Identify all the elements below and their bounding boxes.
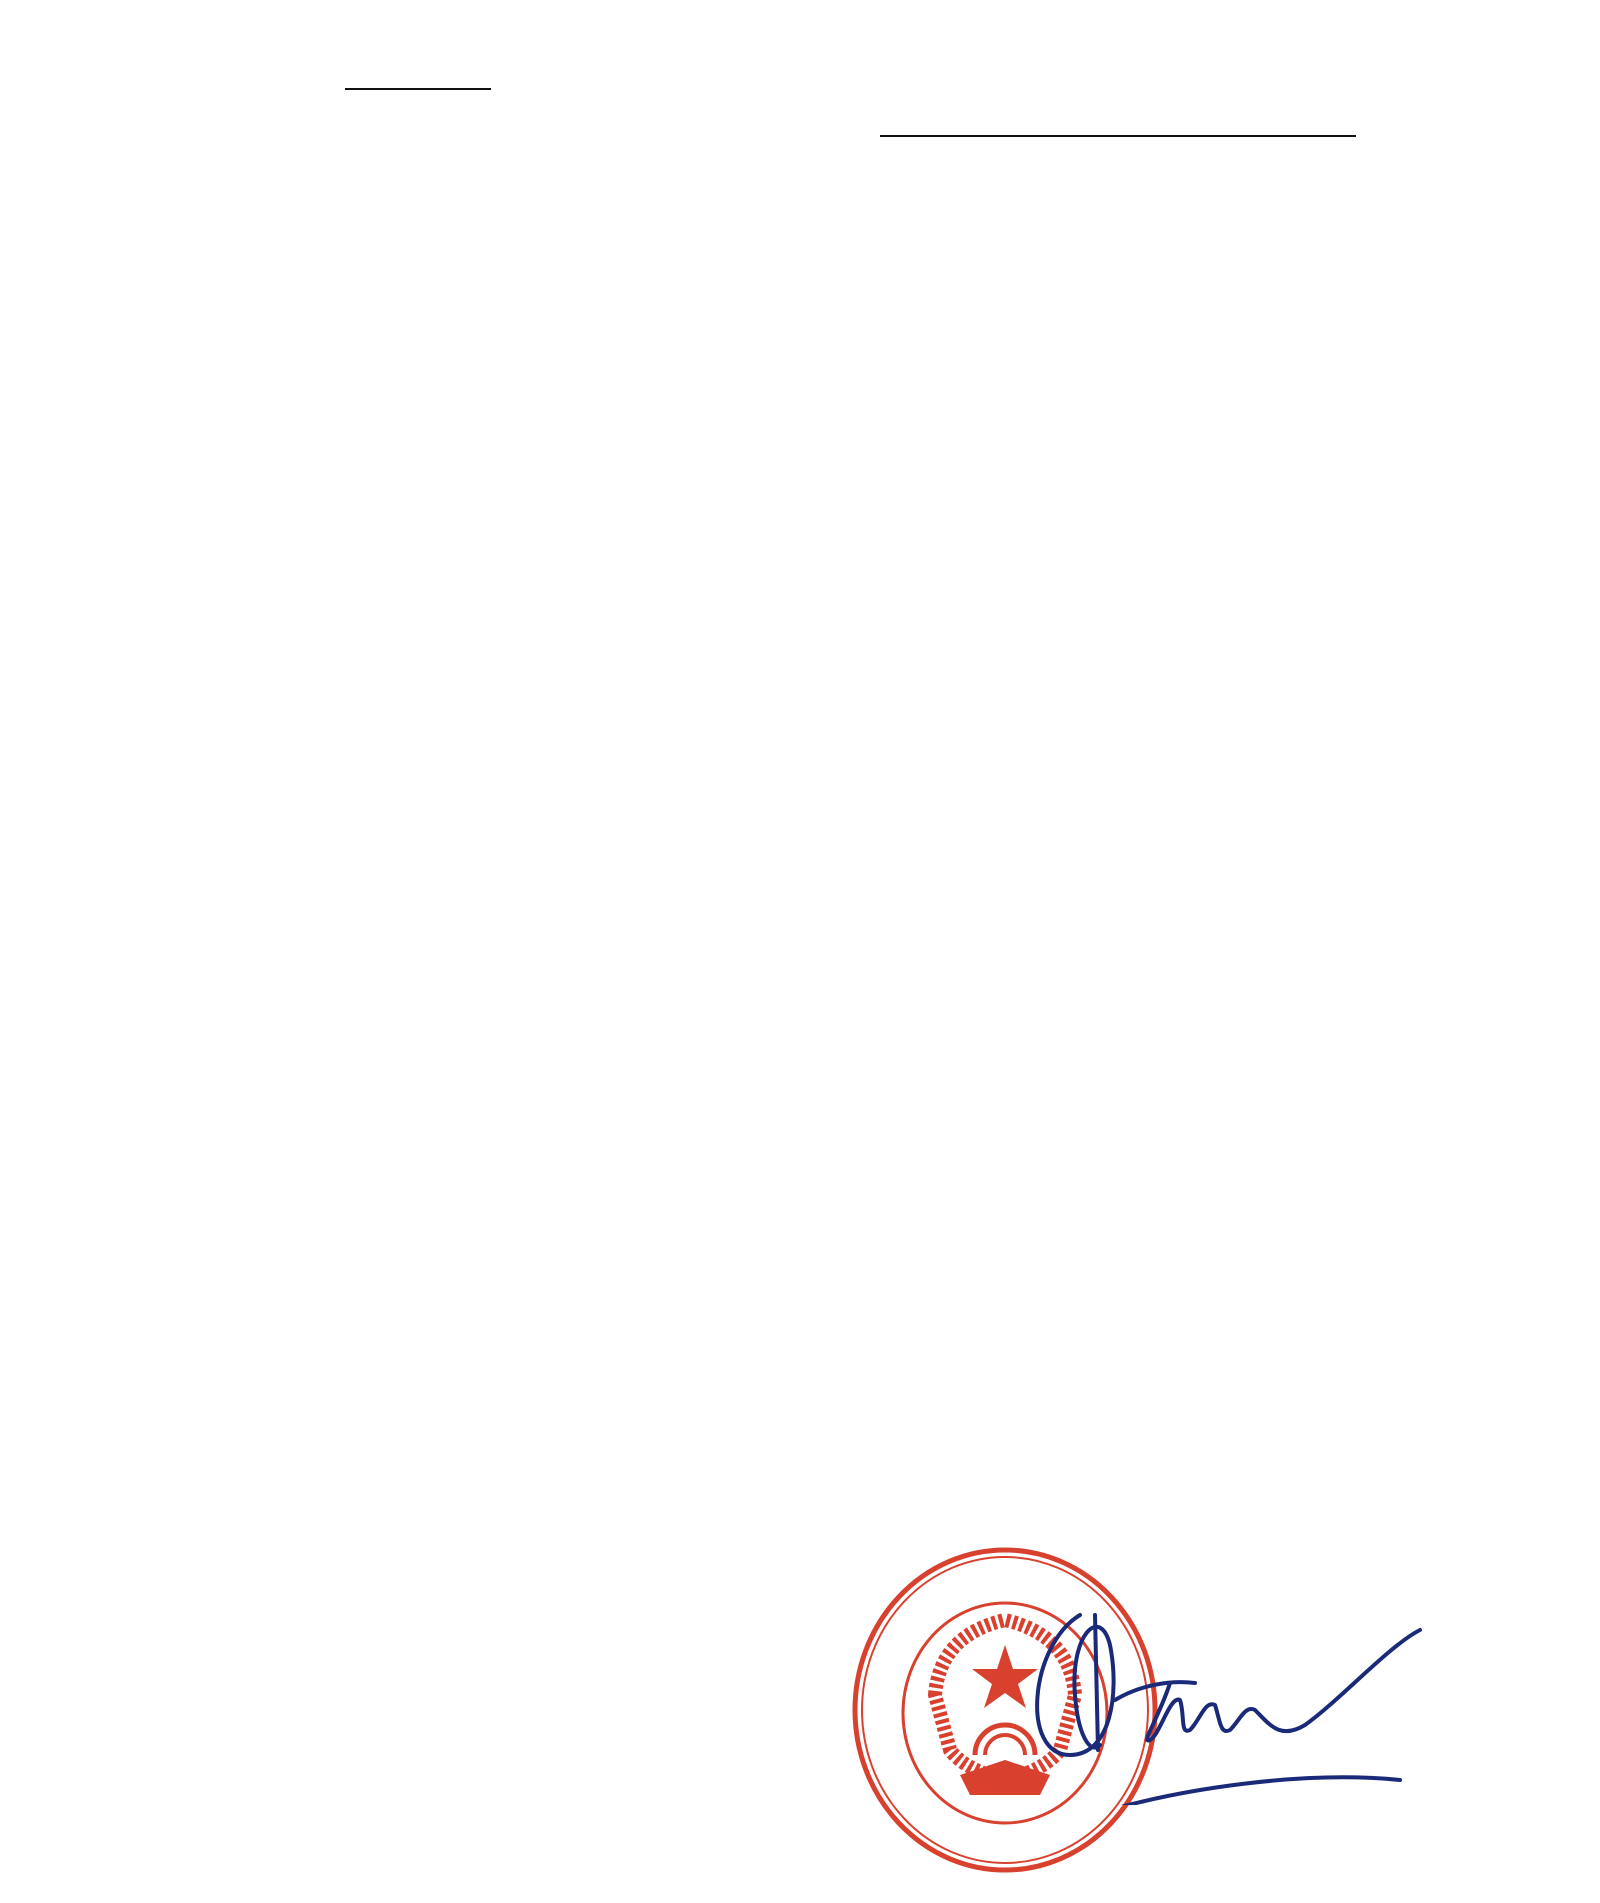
place-and-date — [780, 174, 1520, 257]
agency-underline — [345, 88, 491, 90]
handwritten-signature-icon — [1020, 1605, 1500, 1805]
letter-body — [148, 512, 1454, 526]
motto-underline — [880, 135, 1356, 137]
